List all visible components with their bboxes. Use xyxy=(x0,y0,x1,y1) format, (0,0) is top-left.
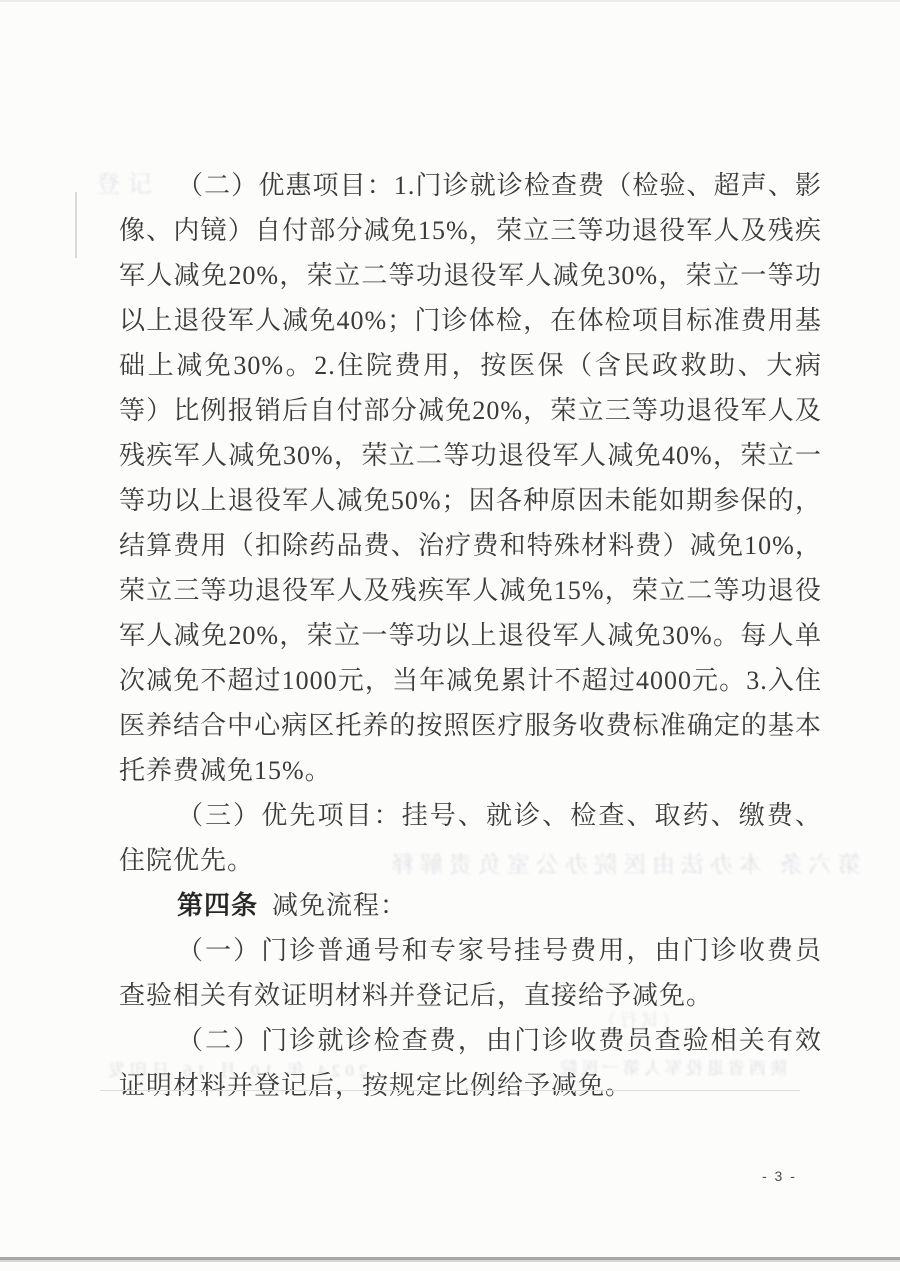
document-body: （二）优惠项目：1.门诊就诊检查费（检验、超声、影像、内镜）自付部分减免15%，… xyxy=(119,163,822,1108)
scan-bottom-edge xyxy=(0,1257,900,1260)
page-number: - 3 - xyxy=(762,1168,797,1184)
article-4-term: 第四条 xyxy=(177,891,258,920)
paragraph-process-item-2: （二）门诊就诊检查费，由门诊收费员查验相关有效证明材料并登记后，按规定比例给予减… xyxy=(119,1018,822,1108)
scan-vertical-line-artifact xyxy=(75,192,77,258)
paragraph-article-4-heading: 第四条减免流程： xyxy=(119,883,822,928)
bleedthrough-rule-line xyxy=(100,1090,800,1091)
paragraph-process-item-1: （一）门诊普通号和专家号挂号费用，由门诊收费员查验相关有效证明材料并登记后，直接… xyxy=(119,928,822,1018)
scan-top-edge xyxy=(0,0,900,2)
paragraph-preferential-items: （二）优惠项目：1.门诊就诊检查费（检验、超声、影像、内镜）自付部分减免15%，… xyxy=(119,163,822,793)
scanned-document-page: 登记 第六条 本办法由医院办公室负责解释 （试行） 2024 年 10 月 16… xyxy=(0,0,900,1271)
paragraph-priority-items: （三）优先项目：挂号、就诊、检查、取药、缴费、住院优先。 xyxy=(119,793,822,883)
article-4-title: 减免流程： xyxy=(272,891,407,920)
